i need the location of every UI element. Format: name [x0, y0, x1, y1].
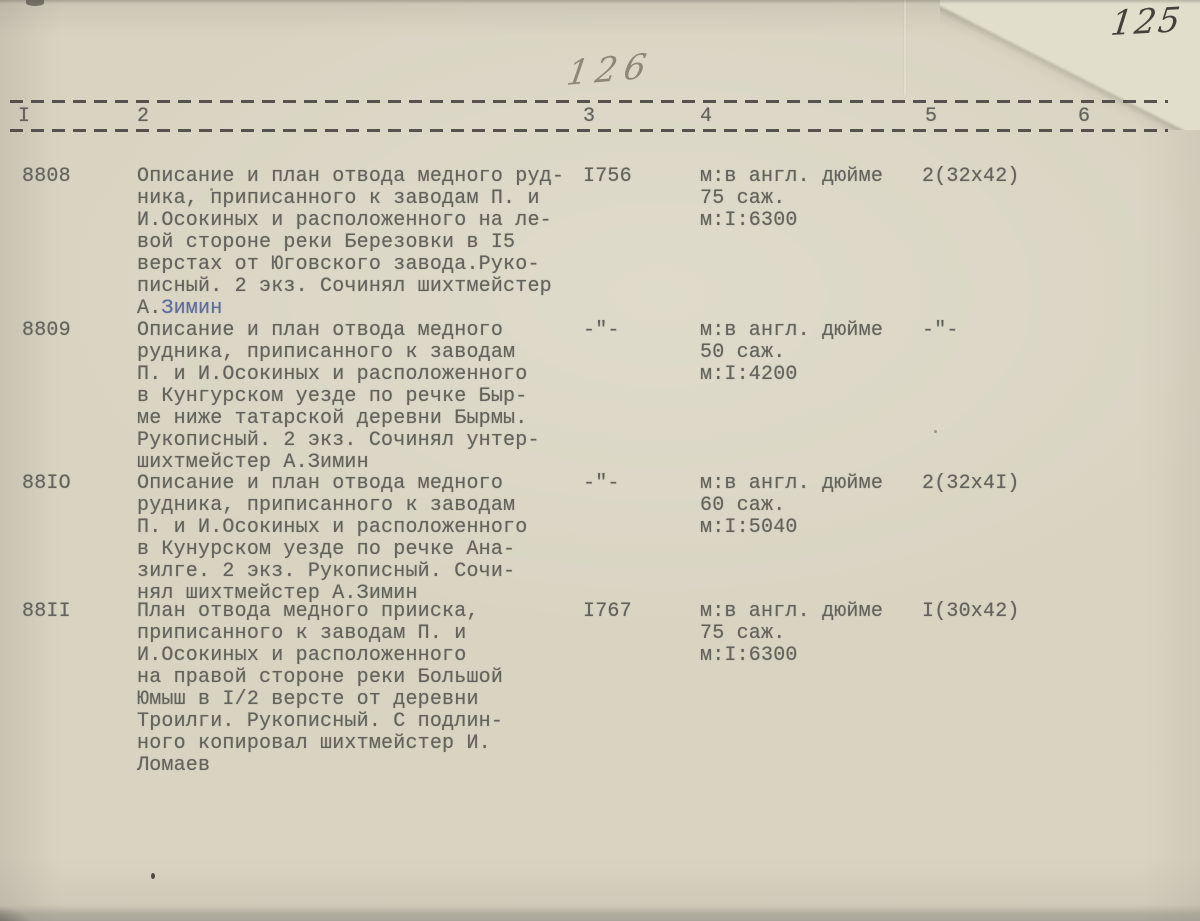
- scanned-document-page: 125 126 I 2 3 4 5 6 8808 Описание и план…: [0, 0, 1200, 921]
- row-description-text: Описание и план отвода медного рудника, …: [137, 472, 527, 605]
- row-number: 88II: [22, 601, 71, 623]
- row-description-blue-ink: Зимин: [161, 297, 222, 320]
- row-count: 2(32x42): [922, 166, 1020, 188]
- row-year: -"-: [583, 473, 620, 495]
- column-header-2: 2: [137, 106, 149, 128]
- row-count: -"-: [922, 320, 959, 342]
- row-number: 8809: [22, 320, 71, 342]
- page-top-edge-shadow: [0, 0, 1200, 4]
- bottom-left-corner-shadow: [0, 905, 36, 921]
- column-header-5: 5: [925, 106, 937, 128]
- page-bottom-edge-shadow: [0, 905, 1200, 921]
- column-header-6: 6: [1078, 106, 1090, 128]
- row-scale: м:в англ. дюйме 60 саж. м:I:5040: [700, 473, 883, 539]
- column-header-1: I: [18, 106, 30, 128]
- row-count: 2(32x4I): [922, 473, 1020, 495]
- row-number: 88IO: [22, 473, 71, 495]
- row-description-text: План отвода медного прииска, приписанног…: [137, 600, 503, 777]
- row-description: Описание и план отвода медного руд- ника…: [137, 166, 589, 320]
- paper-crease: [903, 0, 907, 95]
- row-description: Описание и план отвода медного рудника, …: [137, 320, 589, 474]
- row-number: 8808: [22, 166, 71, 188]
- row-year: -"-: [583, 320, 620, 342]
- row-scale: м:в англ. дюйме 75 саж. м:I:6300: [700, 166, 883, 232]
- row-description: План отвода медного прииска, приписанног…: [137, 601, 589, 777]
- paper-notch: [26, 0, 44, 6]
- column-header-4: 4: [700, 106, 712, 128]
- header-rule-top: [10, 100, 1168, 103]
- center-folio-number: 126: [564, 46, 656, 94]
- row-description: Описание и план отвода медного рудника, …: [137, 473, 589, 605]
- row-description-text: Описание и план отвода медного рудника, …: [137, 319, 540, 474]
- row-scale: м:в англ. дюйме 75 саж. м:I:6300: [700, 601, 883, 667]
- corner-folio-number: 125: [1109, 0, 1185, 44]
- paper-speck: [151, 873, 155, 879]
- row-scale: м:в англ. дюйме 50 саж. м:I:4200: [700, 320, 883, 386]
- header-rule-bottom: [10, 129, 1168, 132]
- paper-speck: [934, 430, 937, 433]
- row-count: I(30x42): [922, 601, 1020, 623]
- row-year: I756: [583, 166, 632, 188]
- row-year: I767: [583, 601, 632, 623]
- column-header-3: 3: [583, 106, 595, 128]
